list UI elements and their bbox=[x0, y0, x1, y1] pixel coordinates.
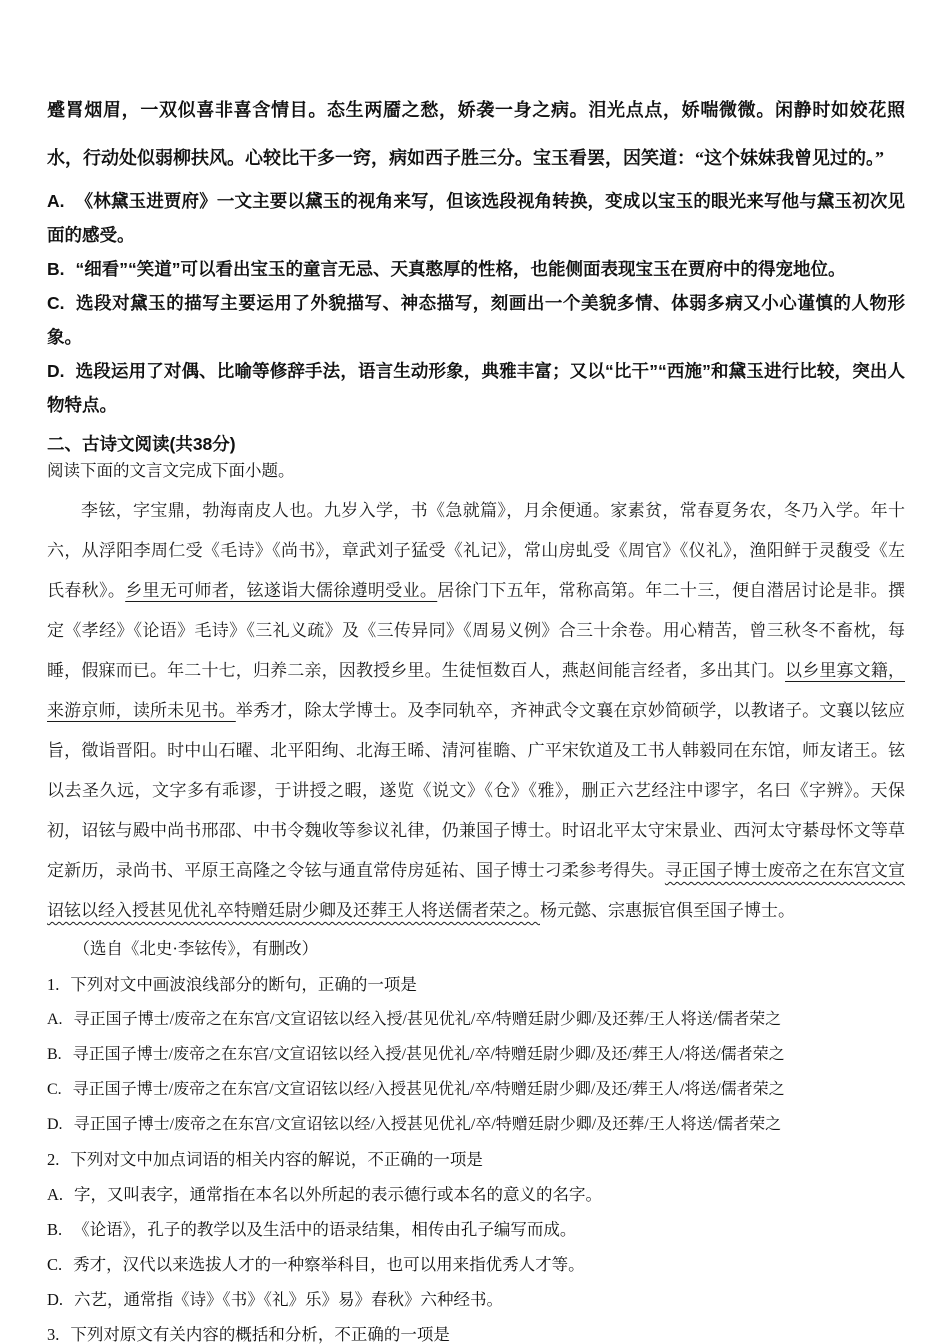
question-2-option-c: C.秀才，汉代以来选拔人才的一种察举科目，也可以用来指优秀人才等。 bbox=[47, 1247, 905, 1282]
option-label: D. bbox=[47, 1290, 74, 1309]
option-text: 选段对黛玉的描写主要运用了外貌描写、神态描写，刻画出一个美貌多情、体弱多病又小心… bbox=[47, 293, 905, 347]
option-label: A. bbox=[47, 191, 76, 211]
question-1-option-c: C.寻正国子博士/废帝之在东宫/文宣诏铉以经/入授甚见优礼/卒/特赠廷尉少卿/及… bbox=[47, 1072, 905, 1107]
exam-page: 蹙罥烟眉，一双似喜非喜含情目。态生两靥之愁，娇袭一身之病。泪光点点，娇喘微微。闲… bbox=[0, 0, 950, 1344]
option-text: 《论语》，孔子的教学以及生活中的语录结集，相传由孔子编写而成。 bbox=[73, 1220, 576, 1239]
section-instruction: 阅读下面的文言文完成下面小题。 bbox=[47, 458, 905, 483]
option-text: 《林黛玉进贾府》一文主要以黛玉的视角来写，但该选段视角转换，变成以宝玉的眼光来写… bbox=[47, 191, 905, 245]
prev-option-b: B.“细看”“笑道”可以看出宝玉的童言无忌、天真憨厚的性格，也能侧面表现宝玉在贾… bbox=[47, 252, 905, 286]
option-label: D. bbox=[47, 361, 76, 381]
question-2-option-d: D.六艺，通常指《诗》《书》《礼》乐》易》春秋》六种经书。 bbox=[47, 1282, 905, 1317]
novel-excerpt: 蹙罥烟眉，一双似喜非喜含情目。态生两靥之愁，娇袭一身之病。泪光点点，娇喘微微。闲… bbox=[47, 86, 905, 182]
option-text: 寻正国子博士/废帝之在东宫/文宣诏铉以经入授/甚见优礼/卒/特赠廷尉少卿/及还/… bbox=[73, 1046, 785, 1063]
option-label: A. bbox=[47, 1011, 74, 1028]
question-stem-text: 下列对原文有关内容的概括和分析，不正确的一项是 bbox=[70, 1325, 450, 1344]
question-1-option-b: B.寻正国子博士/废帝之在东宫/文宣诏铉以经入授/甚见优礼/卒/特赠廷尉少卿/及… bbox=[47, 1037, 905, 1072]
passage-source: （选自《北史·李铉传》，有删改） bbox=[73, 931, 905, 967]
question-number: 3. bbox=[47, 1325, 70, 1344]
question-number: 1. bbox=[47, 975, 70, 994]
option-text: 寻正国子博士/废帝之在东宫/文宣诏铉以经入授/甚见优礼/卒/特赠廷尉少卿/及还葬… bbox=[74, 1011, 782, 1028]
question-3-stem: 3.下列对原文有关内容的概括和分析，不正确的一项是 bbox=[47, 1317, 905, 1344]
option-label: C. bbox=[47, 1255, 73, 1274]
option-text: 选段运用了对偶、比喻等修辞手法，语言生动形象，典雅丰富；又以“比干”“西施”和黛… bbox=[47, 361, 905, 415]
option-text: 秀才，汉代以来选拔人才的一种察举科目，也可以用来指优秀人才等。 bbox=[73, 1255, 585, 1274]
option-text: 字，又叫表字，通常指在本名以外所起的表示德行或本名的意义的名字。 bbox=[74, 1185, 602, 1204]
question-stem-text: 下列对文中画波浪线部分的断句，正确的一项是 bbox=[70, 975, 417, 994]
option-label: D. bbox=[47, 1116, 74, 1133]
prev-option-d: D.选段运用了对偶、比喻等修辞手法，语言生动形象，典雅丰富；又以“比干”“西施”… bbox=[47, 354, 905, 422]
question-number: 2. bbox=[47, 1150, 70, 1169]
option-text: “细看”“笑道”可以看出宝玉的童言无忌、天真憨厚的性格，也能侧面表现宝玉在贾府中… bbox=[76, 259, 846, 279]
prev-option-c: C.选段对黛玉的描写主要运用了外貌描写、神态描写，刻画出一个美貌多情、体弱多病又… bbox=[47, 286, 905, 354]
option-label: B. bbox=[47, 1046, 73, 1063]
question-1-option-a: A.寻正国子博士/废帝之在东宫/文宣诏铉以经入授/甚见优礼/卒/特赠廷尉少卿/及… bbox=[47, 1002, 905, 1037]
question-2-option-b: B.《论语》，孔子的教学以及生活中的语录结集，相传由孔子编写而成。 bbox=[47, 1212, 905, 1247]
option-label: C. bbox=[47, 293, 76, 313]
option-label: B. bbox=[47, 259, 76, 279]
question-2-stem: 2.下列对文中加点词语的相关内容的解说，不正确的一项是 bbox=[47, 1142, 905, 1177]
option-text: 六艺，通常指《诗》《书》《礼》乐》易》春秋》六种经书。 bbox=[74, 1290, 503, 1309]
question-1-option-d: D.寻正国子博士/废帝之在东宫/文宣诏铉以经/入授甚见优礼/卒/特赠廷尉少卿/及… bbox=[47, 1107, 905, 1142]
passage-segment: 杨元懿、宗惠振官俱至国子博士。 bbox=[540, 901, 795, 920]
passage-segment-underlined: 乡里无可师者，铉遂诣大儒徐遵明受业。 bbox=[125, 581, 437, 600]
option-label: B. bbox=[47, 1220, 73, 1239]
option-text: 寻正国子博士/废帝之在东宫/文宣诏铉以经/入授甚见优礼/卒/特赠廷尉少卿/及还/… bbox=[73, 1081, 785, 1098]
option-label: A. bbox=[47, 1185, 74, 1204]
question-2-option-a: A.字，又叫表字，通常指在本名以外所起的表示德行或本名的意义的名字。 bbox=[47, 1177, 905, 1212]
question-1-stem: 1.下列对文中画波浪线部分的断句，正确的一项是 bbox=[47, 967, 905, 1002]
prev-option-a: A.《林黛玉进贾府》一文主要以黛玉的视角来写，但该选段视角转换，变成以宝玉的眼光… bbox=[47, 184, 905, 252]
classical-passage: 李铉，字宝鼎，勃海南皮人也。九岁入学，书《急就篇》，月余便通。家素贫，常春夏务农… bbox=[47, 491, 905, 931]
passage-segment: 举秀才，除太学博士。及李同轨卒，齐神武令文襄在京妙简硕学，以教诸子。文襄以铉应旨… bbox=[47, 701, 905, 880]
option-text: 寻正国子博士/废帝之在东宫/文宣诏铉以经/入授甚见优礼/卒/特赠廷尉少卿/及还葬… bbox=[74, 1116, 782, 1133]
section-title: 二、古诗文阅读(共38分) bbox=[47, 430, 905, 458]
option-label: C. bbox=[47, 1081, 73, 1098]
question-stem-text: 下列对文中加点词语的相关内容的解说，不正确的一项是 bbox=[70, 1150, 483, 1169]
